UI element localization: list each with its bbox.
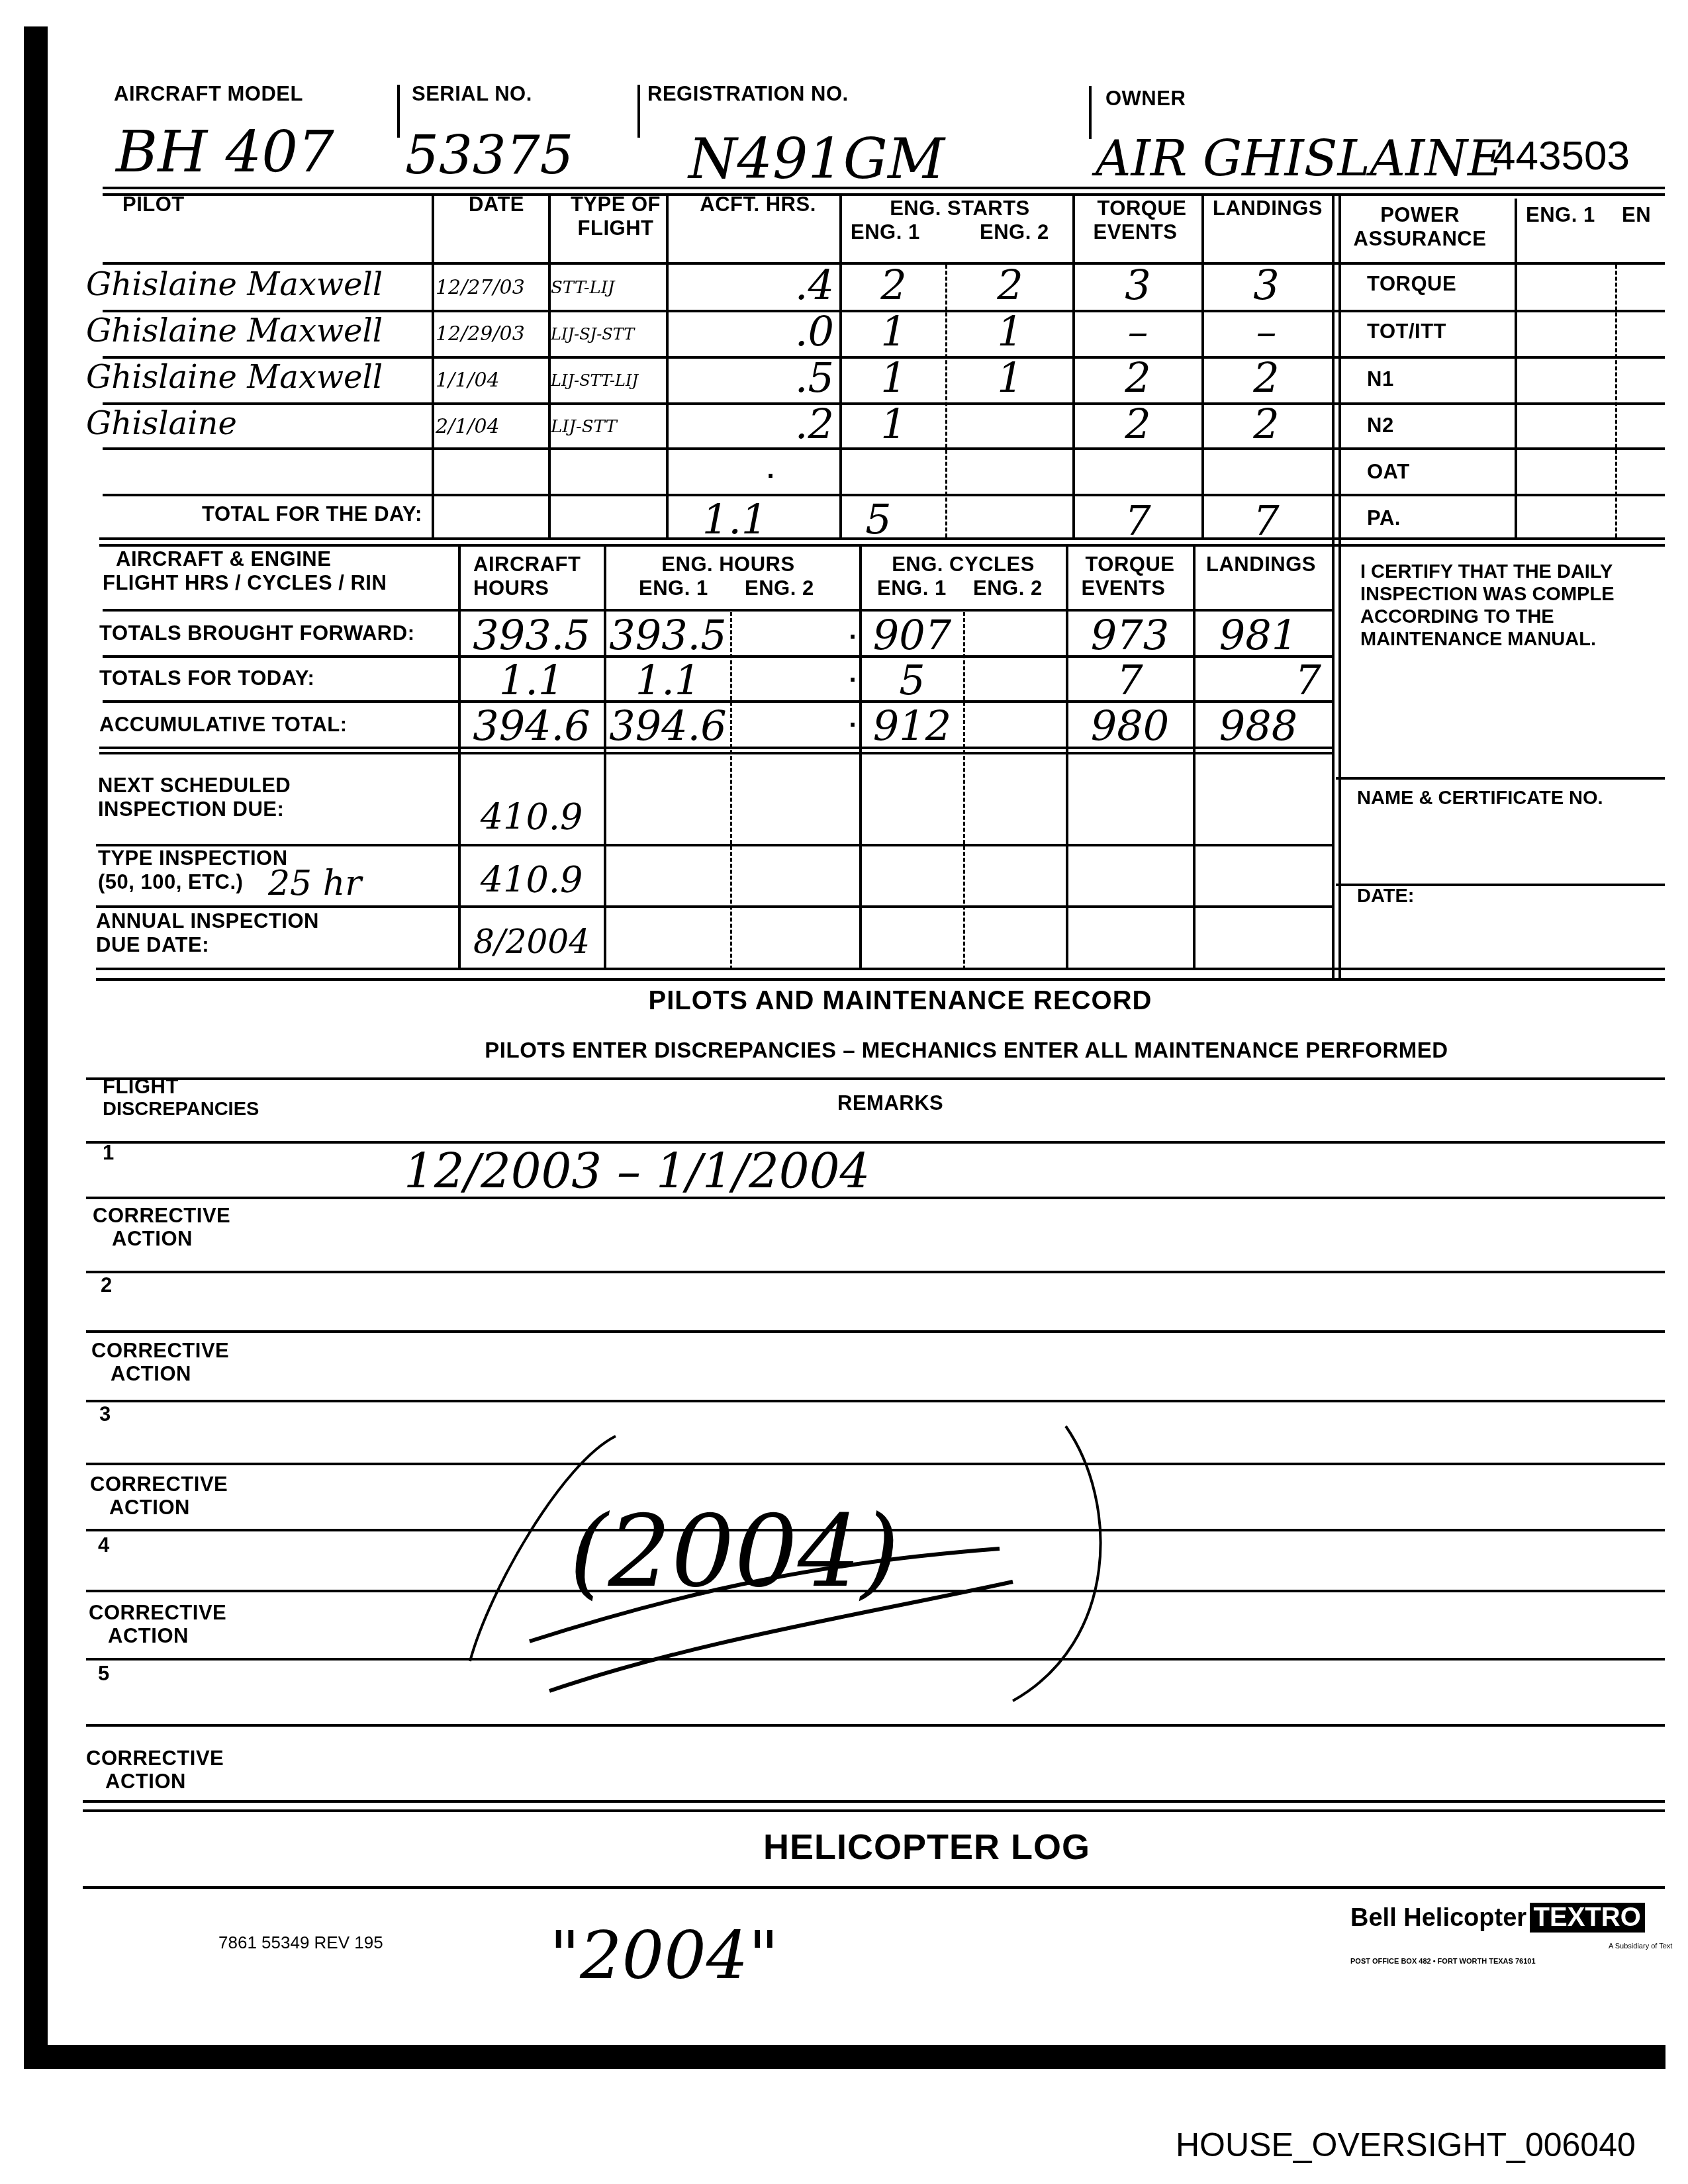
col-cyc-eng1: ENG. 1 xyxy=(877,577,947,600)
col-divider-dashed xyxy=(945,265,947,537)
totals-title-2: FLIGHT HRS / CYCLES / RIN xyxy=(103,572,387,594)
flight-date: 2/1/04 xyxy=(436,414,500,440)
type-inspection-label-2: (50, 100, ETC.) xyxy=(98,871,243,893)
row-label: ACCUMULATIVE TOTAL: xyxy=(99,713,348,736)
maintenance-title: PILOTS AND MAINTENANCE RECORD xyxy=(0,986,1688,1016)
flight-type: LIJ-SJ-STT xyxy=(551,321,634,347)
handwritten-2004: (2004) xyxy=(569,1502,900,1602)
col-pilot: PILOT xyxy=(122,193,185,216)
corrective-label-1: CORRECTIVE xyxy=(86,1747,205,1770)
corrective-label-2: ACTION xyxy=(91,1363,211,1385)
eng2-starts: 1 xyxy=(948,355,1072,401)
header-rule xyxy=(103,193,1665,196)
type-inspection-note: 25 hr xyxy=(268,860,361,907)
col-eng-cycles: ENG. CYCLES xyxy=(864,553,1062,576)
item-number: 3 xyxy=(99,1403,111,1426)
eng1-hours: 393.5 xyxy=(606,612,729,659)
col-eng1-hours: ENG. 1 xyxy=(639,577,708,600)
row-rule xyxy=(99,752,1334,754)
corrective-label-1: CORRECTIVE xyxy=(91,1340,211,1362)
cyc-eng1: 5 xyxy=(862,657,962,704)
eng2-hours: . xyxy=(733,707,857,729)
col-torque-1: TORQUE xyxy=(1079,197,1205,220)
col-flight-1: FLIGHT xyxy=(103,1075,179,1098)
torque: 7 xyxy=(1068,657,1192,704)
row-rule xyxy=(86,1400,1665,1402)
maintenance-subtitle: PILOTS ENTER DISCREPANCIES – MECHANICS E… xyxy=(0,1038,1688,1063)
row-rule xyxy=(86,1197,1665,1199)
acft-hrs: .4 xyxy=(669,262,834,308)
landings: – xyxy=(1203,308,1329,355)
eng1-starts: 1 xyxy=(842,308,945,355)
bell-helicopter-logo: Bell Helicopter TEXTRO xyxy=(1350,1903,1645,1933)
pa-row-torque: TORQUE xyxy=(1367,273,1456,295)
acft-hrs: .5 xyxy=(669,355,834,401)
eng1-hours: 1.1 xyxy=(606,657,729,704)
eng2-hours: . xyxy=(733,619,857,641)
cert-line-3: ACCORDING TO THE xyxy=(1360,606,1554,627)
landings: 2 xyxy=(1203,401,1329,447)
pa-row-n2: N2 xyxy=(1367,414,1394,437)
row-rule xyxy=(1336,777,1665,780)
torque: 973 xyxy=(1068,612,1192,659)
eng1-starts: 2 xyxy=(842,262,945,308)
brand-name: Bell Helicopter xyxy=(1350,1904,1526,1932)
row-rule xyxy=(86,1141,1665,1144)
total-landings: 7 xyxy=(1203,498,1329,544)
flight-date: 12/29/03 xyxy=(436,321,525,347)
aircraft-hours: 393.5 xyxy=(461,612,602,659)
acft-hrs: .0 xyxy=(669,308,834,355)
pa-row-oat: OAT xyxy=(1367,461,1410,483)
owner-value: AIR GHISLAINE xyxy=(1096,136,1503,182)
owner-label: OWNER xyxy=(1105,87,1186,110)
corrective-label-2: ACTION xyxy=(93,1228,212,1250)
type-inspection-value: 410.9 xyxy=(461,857,602,903)
eng2-hours: . xyxy=(733,662,857,684)
owner-number: 443503 xyxy=(1493,132,1630,179)
subsidiary-text: A Subsidiary of Text xyxy=(1609,1942,1672,1950)
col-torque-1: TORQUE xyxy=(1067,553,1193,576)
col-flight-2: DISCREPANCIES xyxy=(103,1099,259,1120)
col-aircraft-hours-1: AIRCRAFT xyxy=(473,553,581,576)
col-type-1: TYPE OF xyxy=(556,193,675,216)
annual-label-1: ANNUAL INSPECTION xyxy=(96,910,319,933)
landings: 2 xyxy=(1203,355,1329,401)
col-landings: LANDINGS xyxy=(1201,197,1334,220)
type-inspection-label-1: TYPE INSPECTION xyxy=(98,847,288,870)
col-eng2-hours: ENG. 2 xyxy=(745,577,814,600)
row-rule xyxy=(86,1330,1665,1333)
col-eng-starts: ENG. STARTS xyxy=(844,197,1076,220)
corrective-label-1: CORRECTIVE xyxy=(89,1602,208,1624)
cyc-eng1: 907 xyxy=(862,612,962,659)
serial-no-label: SERIAL NO. xyxy=(412,83,532,105)
power-assurance-title-1: POWER xyxy=(1344,204,1496,226)
col-aircraft-hours-2: HOURS xyxy=(473,577,549,600)
row-label: TOTALS BROUGHT FORWARD: xyxy=(99,622,414,645)
address: POST OFFICE BOX 482 • FORT WORTH TEXAS 7… xyxy=(1350,1958,1536,1966)
col-landings: LANDINGS xyxy=(1195,553,1327,576)
item-number: 2 xyxy=(101,1274,113,1297)
pilot-name: Ghislaine Maxwell xyxy=(86,354,383,400)
torque: 980 xyxy=(1068,703,1192,749)
totals-title-1: AIRCRAFT & ENGINE xyxy=(116,548,331,570)
cyc-eng1: 912 xyxy=(862,703,962,749)
power-assurance-title-2: ASSURANCE xyxy=(1344,228,1496,250)
item-number: 4 xyxy=(98,1534,110,1557)
col-eng-hours: ENG. HOURS xyxy=(606,553,851,576)
eng1-starts: 1 xyxy=(842,355,945,401)
landings: 988 xyxy=(1196,703,1321,749)
eng1-starts: 1 xyxy=(842,401,945,447)
registration-no-label: REGISTRATION NO. xyxy=(647,83,849,105)
row-rule xyxy=(83,1809,1665,1812)
row-rule xyxy=(86,1724,1665,1727)
eng2-starts: 1 xyxy=(948,308,1072,355)
torque-events: 2 xyxy=(1075,401,1201,447)
col-torque-2: EVENTS xyxy=(1079,221,1192,244)
textron-box: TEXTRO xyxy=(1530,1903,1645,1933)
acft-hrs: .2 xyxy=(669,401,834,447)
date-label: DATE: xyxy=(1357,886,1414,907)
row-rule xyxy=(83,1800,1665,1803)
pa-eng2-header: EN xyxy=(1622,204,1651,226)
pa-eng1-header: ENG. 1 xyxy=(1526,204,1595,226)
item-remark: 12/2003 – 1/1/2004 xyxy=(404,1148,870,1195)
torque-events: 2 xyxy=(1075,355,1201,401)
flight-date: 1/1/04 xyxy=(436,367,500,394)
col-eng2: ENG. 2 xyxy=(980,221,1049,244)
pa-row-n1: N1 xyxy=(1367,368,1394,390)
row-rule xyxy=(96,968,1665,970)
divider xyxy=(1089,86,1092,139)
row-rule xyxy=(99,544,1665,547)
aircraft-hours: 394.6 xyxy=(461,703,602,749)
bates-number: HOUSE_OVERSIGHT_006040 xyxy=(1176,2126,1636,2164)
helicopter-log-title: HELICOPTER LOG xyxy=(0,1827,1688,1868)
col-divider-dashed xyxy=(963,612,965,970)
item-number: 1 xyxy=(103,1142,115,1164)
landings: 7 xyxy=(1196,657,1321,704)
cert-line-1: I CERTIFY THAT THE DAILY xyxy=(1360,561,1613,582)
col-divider xyxy=(432,193,434,537)
cert-line-4: MAINTENANCE MANUAL. xyxy=(1360,629,1596,650)
eng1-hours: 394.6 xyxy=(606,703,729,749)
pilot-name: Ghislaine Maxwell xyxy=(86,261,383,308)
col-eng1: ENG. 1 xyxy=(851,221,920,244)
torque-events: – xyxy=(1075,308,1201,355)
flight-type: STT-LIJ xyxy=(551,275,614,301)
corrective-label-2: ACTION xyxy=(90,1496,209,1519)
total-eng1-starts: 5 xyxy=(842,496,915,543)
flight-type: LIJ-STT xyxy=(551,414,617,440)
header-rule xyxy=(103,187,1665,189)
landings: 3 xyxy=(1203,262,1329,308)
row-label: TOTALS FOR TODAY: xyxy=(99,667,314,690)
flight-date: 12/27/03 xyxy=(436,275,525,301)
row-rule xyxy=(86,1077,1665,1080)
item-number: 5 xyxy=(98,1662,110,1685)
eng2-starts: 2 xyxy=(948,262,1072,308)
corrective-label-1: CORRECTIVE xyxy=(90,1473,209,1496)
aircraft-model-value: BH 407 xyxy=(116,129,334,175)
divider xyxy=(637,85,640,138)
scan-edge-bottom xyxy=(24,2045,1665,2069)
col-remarks: REMARKS xyxy=(837,1092,943,1115)
total-for-day-label: TOTAL FOR THE DAY: xyxy=(202,503,422,525)
handwritten-2004-footer: "2004" xyxy=(549,1919,778,1992)
row-rule xyxy=(86,1271,1665,1273)
next-inspection-label-2: INSPECTION DUE: xyxy=(98,798,284,821)
col-divider xyxy=(1515,199,1517,537)
next-inspection-label-1: NEXT SCHEDULED xyxy=(98,774,291,797)
aircraft-hours: 1.1 xyxy=(461,657,602,704)
pilot-name: Ghislaine xyxy=(86,400,237,447)
aircraft-model-label: AIRCRAFT MODEL xyxy=(114,83,303,105)
next-inspection-value: 410.9 xyxy=(461,794,602,841)
col-date: DATE xyxy=(437,193,556,216)
form-number: 7861 55349 REV 195 xyxy=(218,1933,383,1953)
col-divider-dashed xyxy=(730,612,732,970)
acft-hrs: . xyxy=(669,458,774,480)
total-torque: 7 xyxy=(1075,498,1201,544)
col-divider xyxy=(548,193,551,537)
cert-line-2: INSPECTION WAS COMPLE xyxy=(1360,584,1614,605)
corrective-label-2: ACTION xyxy=(86,1770,205,1793)
serial-no-value: 53375 xyxy=(405,132,574,179)
col-torque-2: EVENTS xyxy=(1067,577,1180,600)
col-divider-dashed xyxy=(1615,265,1617,537)
annual-value: 8/2004 xyxy=(461,919,602,965)
landings: 981 xyxy=(1196,612,1321,659)
col-acft-hrs: ACFT. HRS. xyxy=(669,193,847,216)
pa-row-pa: PA. xyxy=(1367,507,1401,529)
name-certificate-label: NAME & CERTIFICATE NO. xyxy=(1357,788,1603,809)
annual-label-2: DUE DATE: xyxy=(96,934,209,956)
registration-no-value: N491GM xyxy=(688,136,945,182)
flight-type: LIJ-STT-LIJ xyxy=(551,367,638,394)
row-rule xyxy=(96,978,1665,981)
row-rule xyxy=(83,1886,1665,1889)
corrective-label-1: CORRECTIVE xyxy=(93,1205,212,1227)
col-type-2: FLIGHT xyxy=(556,217,675,240)
pa-row-tot-itt: TOT/ITT xyxy=(1367,320,1446,343)
corrective-label-2: ACTION xyxy=(89,1625,208,1647)
divider xyxy=(397,85,400,138)
torque-events: 3 xyxy=(1075,262,1201,308)
total-acft-hrs: 1.1 xyxy=(669,496,801,543)
col-cyc-eng2: ENG. 2 xyxy=(973,577,1043,600)
pilot-name: Ghislaine Maxwell xyxy=(86,308,383,354)
